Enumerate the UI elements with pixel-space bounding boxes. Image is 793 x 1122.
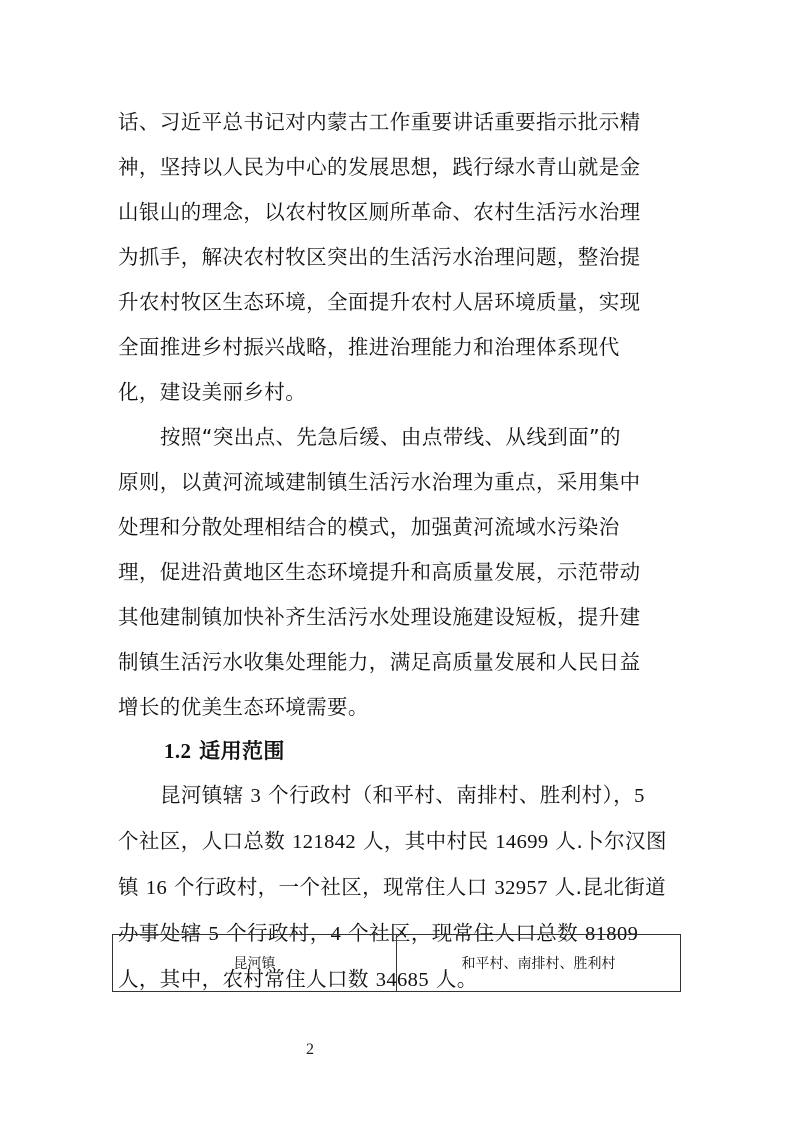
document-page: 话、习近平总书记对内蒙古工作重要讲话重要指示批示精 神，坚持以人民为中心的发展思… bbox=[0, 0, 793, 1122]
village-count: 3 bbox=[251, 785, 262, 807]
text-line: 按照“突出点、先急后缓、由点带线、从线到面”的 bbox=[160, 425, 621, 449]
community-count: 5 bbox=[634, 785, 645, 807]
text-line: 其他建制镇加快补齐生活污水处理设施建设短板，提升建 bbox=[118, 605, 641, 629]
table-cell-villages: 和平村、南排村、胜利村 bbox=[397, 935, 681, 992]
section-title: 适用范围 bbox=[199, 739, 285, 763]
resident-population: 32957 bbox=[494, 877, 547, 899]
paragraph-intro: 话、习近平总书记对内蒙古工作重要讲话重要指示批示精 神，坚持以人民为中心的发展思… bbox=[118, 100, 678, 415]
text-line: 山银山的理念，以农村牧区厕所革命、农村生活污水治理 bbox=[118, 200, 641, 224]
text-line: 个社区，人口总数 121842 人，其中村民 14699 人.卜尔汉图 bbox=[118, 829, 667, 853]
paragraph-principle: 按照“突出点、先急后缓、由点带线、从线到面”的 bbox=[118, 415, 678, 460]
table-row: 昆河镇 和平村、南排村、胜利村 bbox=[113, 935, 681, 992]
section-heading: 1.2 适用范围 bbox=[118, 729, 678, 773]
population-total: 121842 bbox=[292, 831, 356, 853]
text-line: 制镇生活污水收集处理能力，满足高质量发展和人民日益 bbox=[118, 650, 641, 674]
villager-count: 14699 bbox=[495, 831, 548, 853]
text-line: 原则，以黄河流域建制镇生活污水治理为重点，采用集中 bbox=[118, 470, 641, 494]
town-village-table: 昆河镇 和平村、南排村、胜利村 bbox=[112, 934, 681, 992]
text-line: 处理和分散处理相结合的模式，加强黄河流域水污染治 bbox=[118, 515, 620, 539]
text-line: 神，坚持以人民为中心的发展思想，践行绿水青山就是金 bbox=[118, 155, 641, 179]
text-line: 话、习近平总书记对内蒙古工作重要讲话重要指示批示精 bbox=[118, 110, 641, 134]
village-count: 16 bbox=[146, 877, 167, 899]
document-body: 话、习近平总书记对内蒙古工作重要讲话重要指示批示精 神，坚持以人民为中心的发展思… bbox=[118, 100, 678, 1003]
scope-table: 昆河镇 和平村、南排村、胜利村 bbox=[112, 934, 681, 992]
table-cell-town: 昆河镇 bbox=[113, 935, 397, 992]
text-line: 全面推进乡村振兴战略，推进治理能力和治理体系现代 bbox=[118, 335, 620, 359]
text-line: 升农村牧区生态环境，全面提升农村人居环境质量，实现 bbox=[118, 290, 641, 314]
paragraph-principle-cont: 原则，以黄河流域建制镇生活污水治理为重点，采用集中 处理和分散处理相结合的模式，… bbox=[118, 460, 678, 730]
text-line: 为抓手，解决农村牧区突出的生活污水治理问题，整治提 bbox=[118, 245, 641, 269]
text-line: 化，建设美丽乡村。 bbox=[118, 380, 306, 404]
page-number: 2 bbox=[0, 1041, 620, 1059]
text-line: 增长的优美生态环境需要。 bbox=[118, 695, 369, 719]
text-line: 昆河镇辖 3 个行政村（和平村、南排村、胜利村），5 bbox=[118, 783, 645, 807]
text-line: 理，促进沿黄地区生态环境提升和高质量发展，示范带动 bbox=[118, 560, 641, 584]
section-number: 1.2 bbox=[164, 739, 191, 763]
text-line: 镇 16 个行政村，一个社区，现常住人口 32957 人.昆北街道 bbox=[118, 875, 666, 899]
